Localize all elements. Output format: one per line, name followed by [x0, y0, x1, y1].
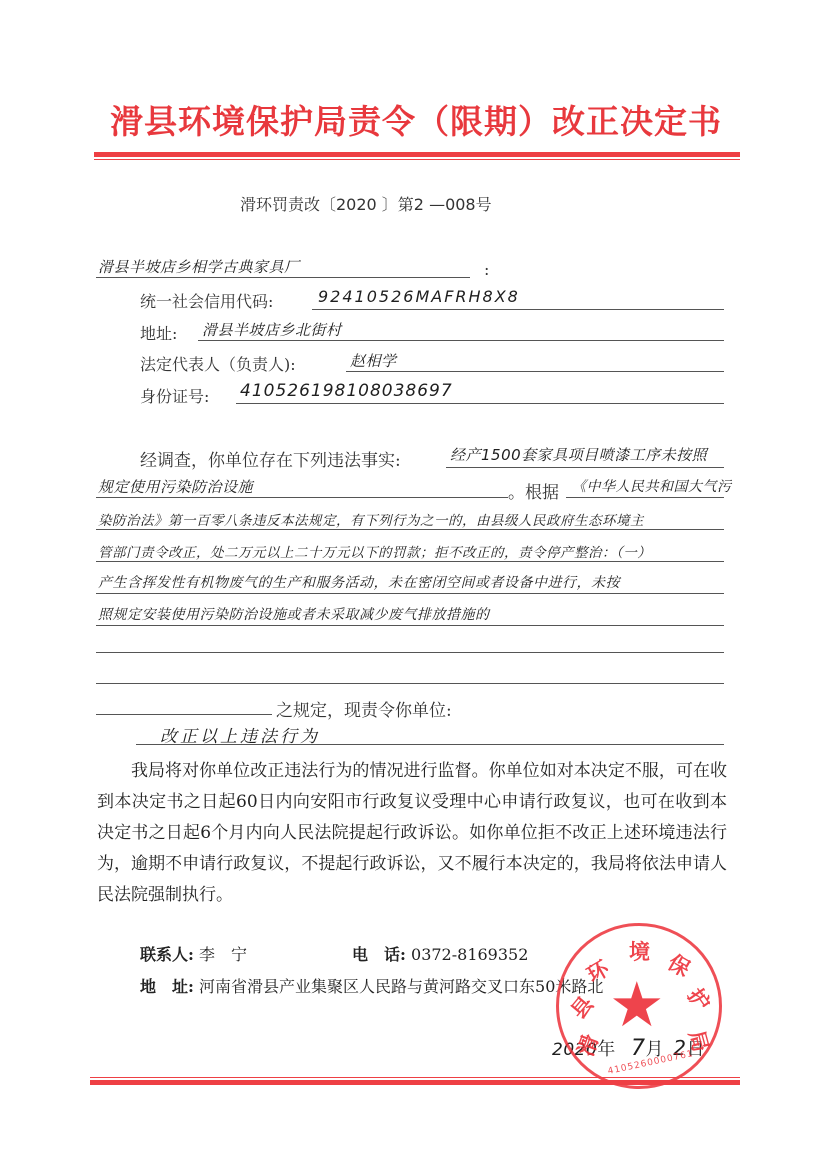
blank-line-2: [96, 683, 724, 684]
contact-address-label: 地 址:: [140, 977, 194, 996]
blank-line-1: [96, 652, 724, 653]
basis-line-3-underline: [96, 561, 724, 562]
seal-char-6: 护: [681, 982, 718, 1016]
notice-paragraph: 我局将对你单位改正违法行为的情况进行监督。你单位如对本决定不服，可在收到本决定书…: [97, 756, 727, 911]
legal-rep-label: 法定代表人（负责人):: [140, 352, 296, 375]
basis-line-5: 照规定安装使用污染防治设施或者未采取减少废气排放措施的: [98, 604, 490, 624]
address-underline: [198, 340, 724, 341]
contact-person-value: 李 宁: [199, 945, 247, 964]
seal-char-5: 保: [663, 947, 696, 983]
title-divider-thick: [94, 152, 740, 157]
contact-phone-label: 电 话:: [352, 945, 406, 964]
contact-phone-row: 电 话: 0372-8169352: [352, 942, 528, 965]
order-underline: [136, 744, 724, 745]
footer-divider-thick: [90, 1080, 740, 1085]
document-number: 滑环罚责改〔2020 〕第2 —008号: [240, 192, 492, 215]
id-number-value: 410526198108038697: [240, 381, 453, 401]
fact-line-1: 经产1500套家具项目喷漆工序未按照: [450, 444, 707, 465]
credit-code-value: 92410526MAFRH8X8: [318, 287, 520, 306]
seal-char-1: 滑: [570, 1030, 605, 1060]
contact-person-label: 联系人:: [140, 945, 194, 964]
basis-label: 。根据: [508, 478, 559, 503]
official-seal: 滑 县 环 境 保 护 局 ★ 4105260000761: [556, 923, 722, 1089]
provision-underline: [96, 714, 272, 715]
contact-address-row: 地 址: 河南省滑县产业集聚区人民路与黄河路交叉口东50米路北: [140, 974, 603, 997]
basis-line-5-underline: [96, 625, 724, 626]
recipient-name-colon: :: [484, 260, 489, 279]
recipient-name-underline: [96, 277, 470, 278]
contact-address-value: 河南省滑县产业集聚区人民路与黄河路交叉口东50米路北: [199, 977, 603, 996]
contact-person-row: 联系人: 李 宁: [140, 942, 247, 965]
basis-line-3: 管部门责令改正，处二万元以上二十万元以下的罚款；拒不改正的，责令停产整治：（一）: [98, 541, 651, 561]
address-value: 滑县半坡店乡北街村: [202, 319, 342, 340]
basis-line-4-underline: [96, 593, 724, 594]
footer-divider-thin: [90, 1077, 740, 1078]
basis-line-2-underline: [96, 529, 724, 530]
seal-code: 4105260000761: [607, 1049, 695, 1077]
credit-code-label: 统一社会信用代码:: [140, 289, 273, 312]
fact-line-2: 规定使用污染防治设施: [98, 476, 253, 497]
credit-code-underline: [312, 309, 724, 310]
legal-rep-value: 赵相学: [350, 350, 397, 371]
notice-text: 我局将对你单位改正违法行为的情况进行监督。你单位如对本决定不服，可在收到本决定书…: [97, 756, 727, 911]
recipient-name: 滑县半坡店乡相学古典家具厂: [98, 256, 300, 277]
address-label: 地址:: [140, 321, 177, 344]
contact-phone-value: 0372-8169352: [411, 945, 528, 964]
fact-line-1-underline: [446, 467, 724, 468]
id-number-label: 身份证号:: [140, 384, 209, 407]
legal-rep-underline: [346, 371, 724, 372]
document-title: 滑县环境保护局责令（限期）改正决定书: [96, 96, 736, 143]
basis-line-1-underline: [566, 497, 724, 498]
seal-star-icon: ★: [609, 974, 665, 1036]
facts-intro: 经调查，你单位存在下列违法事实:: [140, 446, 401, 471]
id-number-underline: [236, 403, 724, 404]
seal-char-2: 县: [563, 989, 599, 1024]
seal-char-4: 境: [629, 936, 650, 966]
basis-line-4: 产生含挥发性有机物废气的生产和服务活动，未在密闭空间或者设备中进行，未按: [98, 572, 620, 592]
provision-suffix: 之规定，现责令你单位:: [276, 696, 452, 721]
basis-line-2: 染防治法》第一百零八条违反本法规定，有下列行为之一的，由县级人民政府生态环境主: [98, 509, 644, 529]
title-divider-thin: [94, 159, 740, 160]
basis-line-1: 《中华人民共和国大气污: [572, 476, 732, 496]
fact-line-2-underline: [96, 497, 508, 498]
